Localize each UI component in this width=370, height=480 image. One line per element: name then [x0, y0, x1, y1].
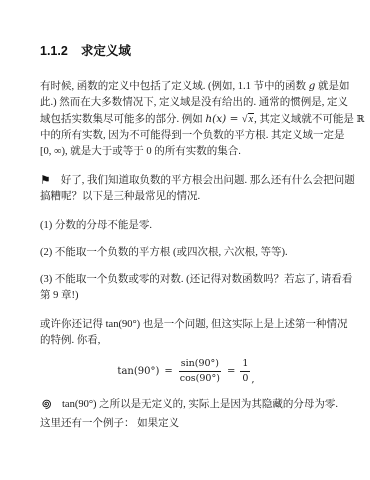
sqrt-radical-sign: √ [242, 114, 248, 125]
formula-lhs: tan(90°) [117, 366, 159, 377]
spiral-note-line-1: tan(90°) 之所以是无定义的, 实际上是因为其隐藏的分母为零. [40, 397, 332, 416]
flag-note-text-1: 好了, 我们知道取负数的平方根会出问题. 那么还有什么会把问题 [61, 173, 355, 189]
section-heading: 1.1.2求定义域 [40, 44, 332, 58]
intro-line-3: 域包括实数集尽可能多的部分. 例如 h(x) = √x, 其定义域就不可能是 ℝ [40, 111, 332, 128]
flag-icon: ⚑ [40, 173, 51, 187]
fraction-denominator-cos: cos(90°) [178, 372, 222, 385]
intro-line-3-text: 域包括实数集尽可能多的部分. 例如 [40, 114, 205, 125]
paragraph-intro: 有时候, 函数的定义中包括了定义域. (例如, 1.1 节中的函数 g 就是如 … [40, 78, 332, 160]
real-numbers-symbol: ℝ [357, 115, 365, 125]
list-item-3-line-1: (3) 不能取一个负数或零的对数. (还记得对数函数吗？若忘了, 请看看 [40, 272, 332, 288]
intro-line-1-tail: 就是如 [315, 81, 349, 92]
intro-line-3-mid: , 其定义域就不可能是 [254, 114, 356, 125]
formula-equals-1: = [164, 366, 172, 377]
intro-line-1-text: 有时候, 函数的定义中包括了定义域. (例如, 1.1 节中的函数 [40, 81, 309, 92]
intro-line-1: 有时候, 函数的定义中包括了定义域. (例如, 1.1 节中的函数 g 就是如 [40, 78, 332, 95]
intro-line-5: [0, ∞), 就是大于或等于 0 的所有实数的集合. [40, 144, 332, 160]
fraction-numerator-one: 1 [240, 358, 250, 372]
list-item-2: (2) 不能取一个负数的平方根 (或四次根, 六次根, 等等). [40, 245, 332, 261]
formula-equals-2: = [227, 366, 235, 377]
fraction-one-zero: 1 0 [240, 358, 250, 385]
fraction-numerator-sin: sin(90°) [179, 358, 221, 372]
spiral-note-line-2: 这里还有一个例子： 如果定义 [40, 416, 332, 432]
numbered-list: (1) 分数的分母不能是零. (2) 不能取一个负数的平方根 (或四次根, 六次… [40, 218, 332, 304]
list-item-3: (3) 不能取一个负数或零的对数. (还记得对数函数吗？若忘了, 请看看 第 9… [40, 272, 332, 304]
paragraph-tan: 或许你还记得 tan(90°) 也是一个问题, 但这实际上是上述第一种情况 的特… [40, 317, 332, 349]
flag-note-line-1: ⚑ 好了, 我们知道取负数的平方根会出问题. 那么还有什么会把问题 [40, 173, 332, 189]
inline-math-h-of-x: h(x) = [205, 113, 241, 125]
intro-line-4: 中的所有实数, 因为不可能得到一个负数的平方根. 其定义域一定是 [40, 128, 332, 144]
display-formula-tan90: tan(90°) = sin(90°) cos(90°) = 1 0 , [40, 357, 332, 385]
tan-line-2: 的特例. 你看, [40, 333, 332, 349]
section-title: 求定义域 [81, 44, 131, 58]
spiral-note-text-1: tan(90°) 之所以是无定义的, 实际上是因为其隐藏的分母为零. [62, 397, 338, 413]
section-number: 1.1.2 [40, 44, 68, 58]
fraction-sin-cos: sin(90°) cos(90°) [178, 358, 222, 385]
list-item-3-line-2: 第 9 章!) [40, 288, 332, 304]
book-page: 1.1.2求定义域 有时候, 函数的定义中包括了定义域. (例如, 1.1 节中… [0, 0, 370, 480]
list-item-1: (1) 分数的分母不能是零. [40, 218, 332, 234]
formula-trailing-comma: , [251, 374, 254, 385]
fraction-denominator-zero: 0 [240, 372, 250, 385]
flag-note-line-2: 搞糟呢？以下是三种最常见的情况. [40, 189, 332, 205]
paragraph-flag-note: ⚑ 好了, 我们知道取负数的平方根会出问题. 那么还有什么会把问题 搞糟呢？以下… [40, 173, 332, 205]
intro-line-2: 此.) 然而在大多数情况下, 定义域是没有给出的. 通常的惯例是, 定义 [40, 95, 332, 111]
paragraph-spiral-note: tan(90°) 之所以是无定义的, 实际上是因为其隐藏的分母为零. 这里还有一… [40, 397, 332, 432]
tan-line-1: 或许你还记得 tan(90°) 也是一个问题, 但这实际上是上述第一种情况 [40, 317, 332, 333]
spiral-icon [40, 398, 52, 416]
